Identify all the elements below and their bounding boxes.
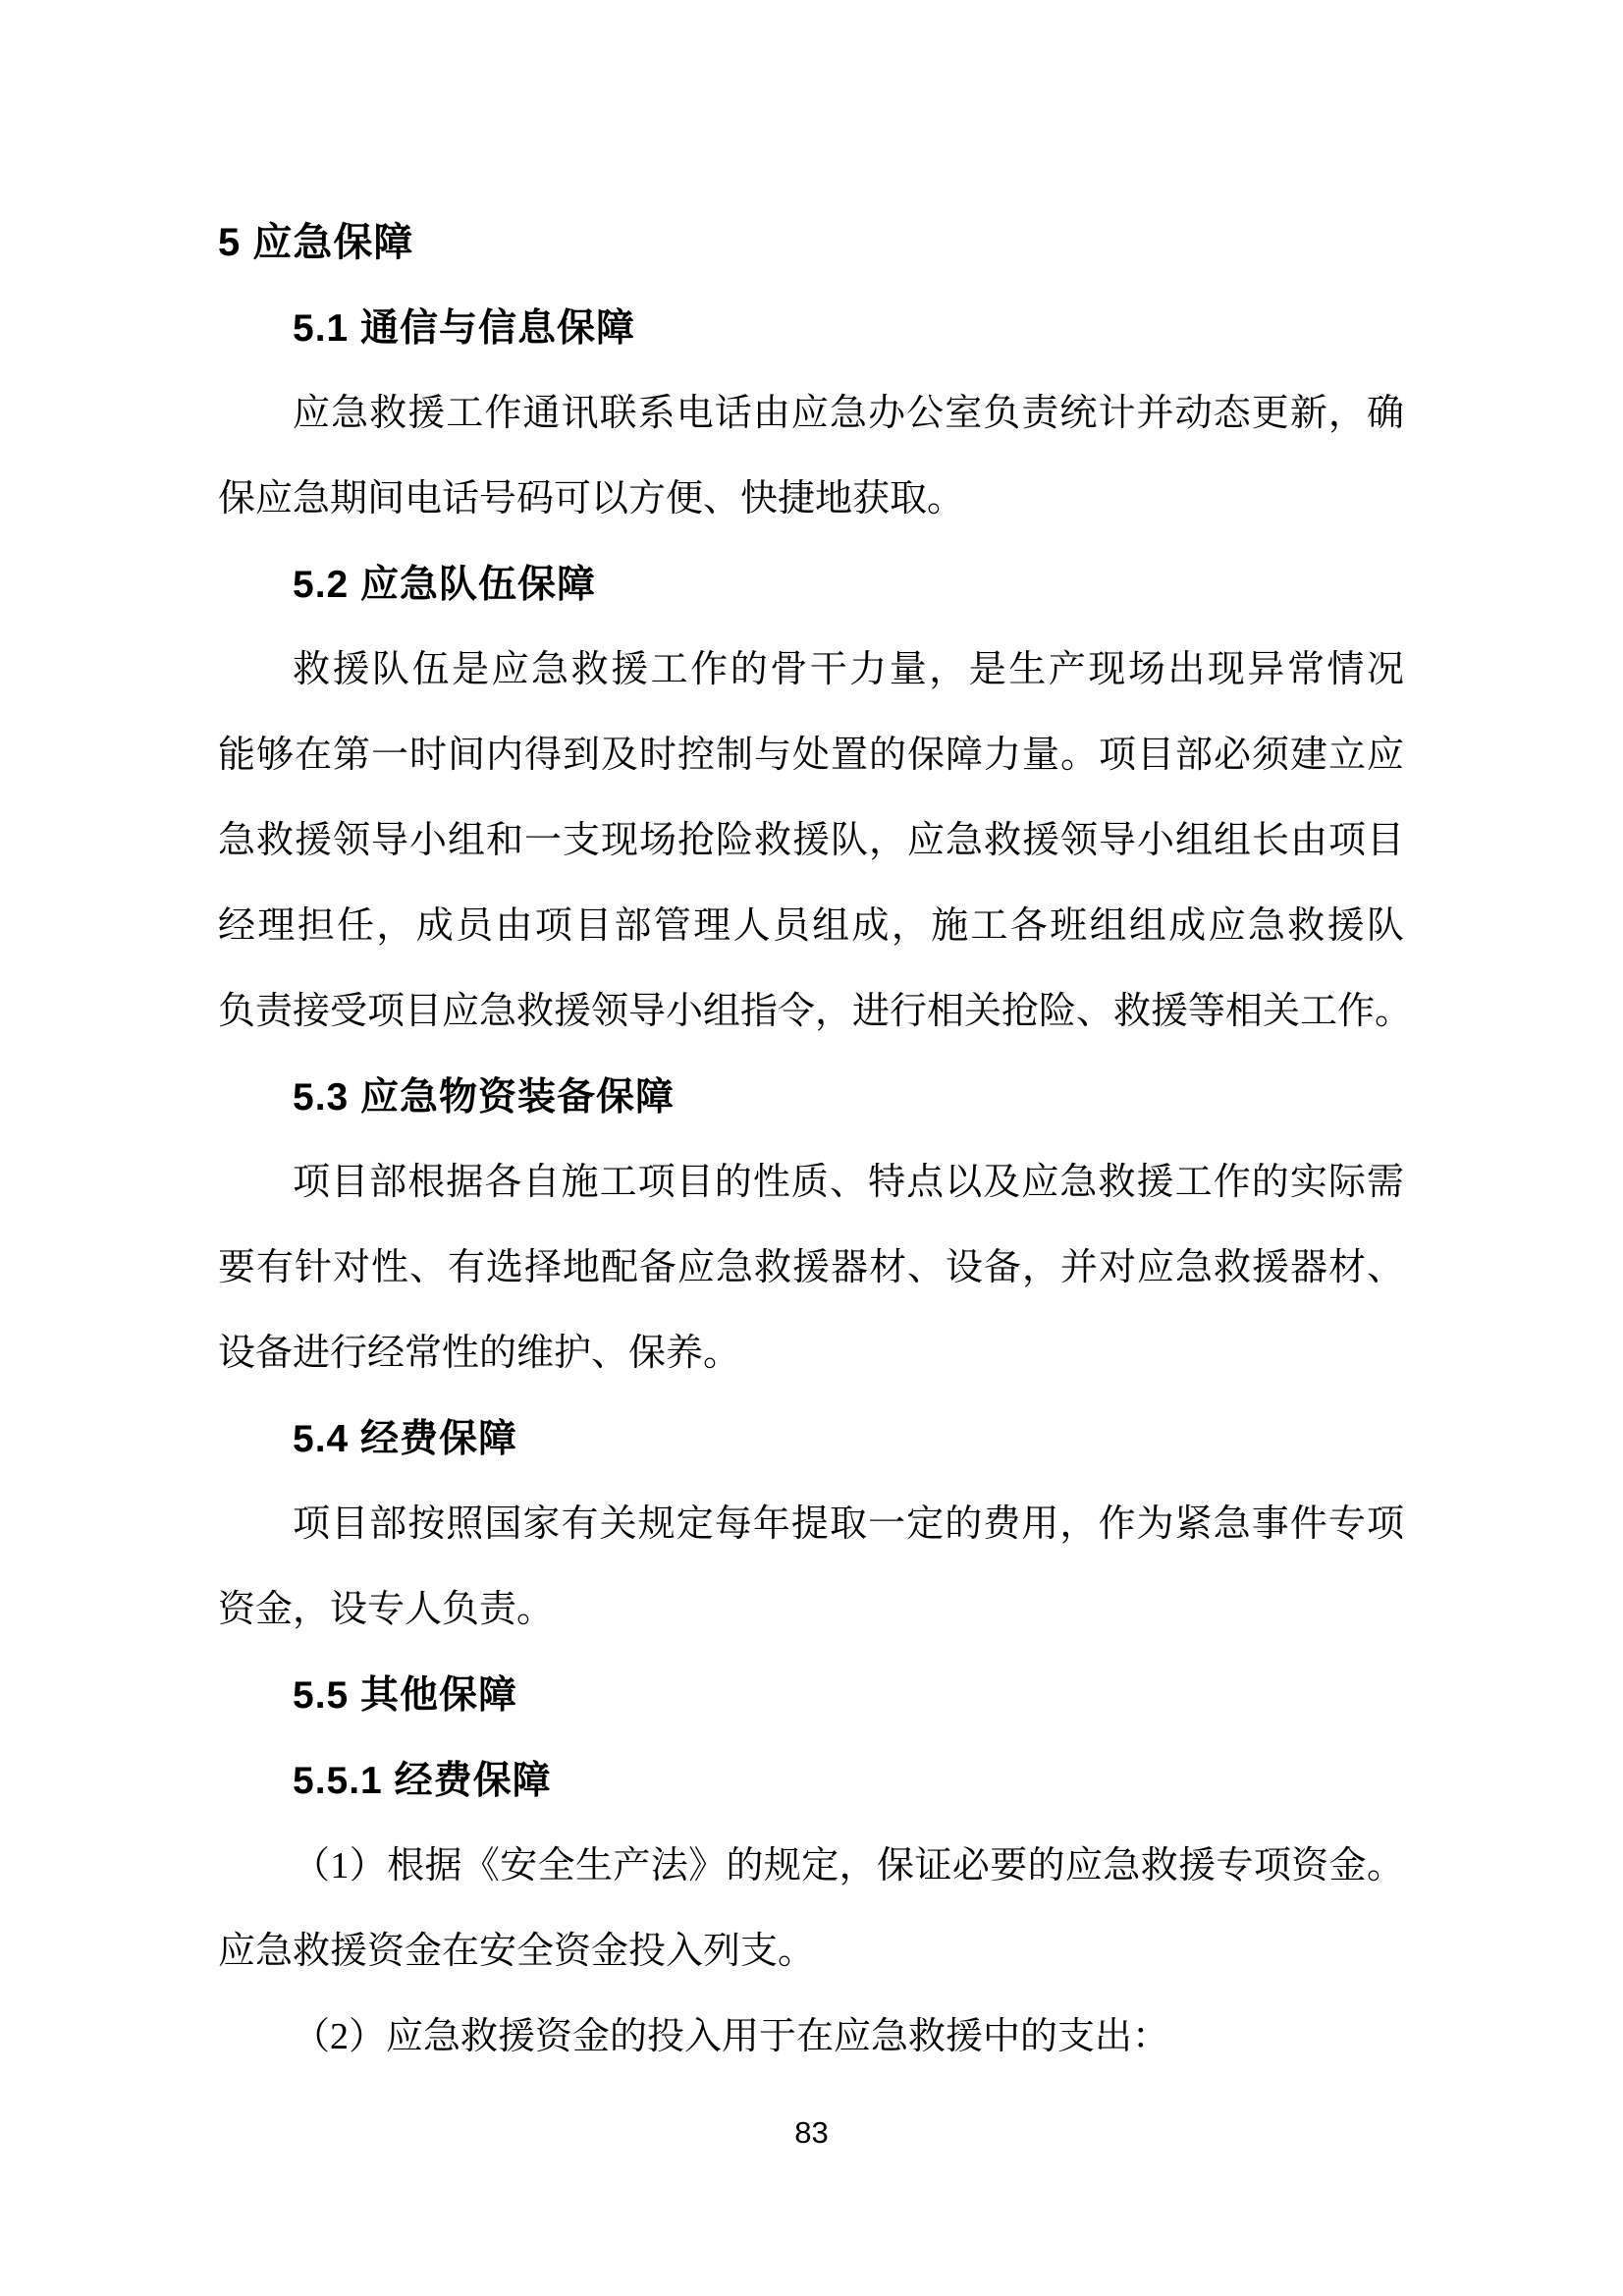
section-5-3-heading: 5.3 应急物资装备保障 — [218, 1055, 1404, 1140]
paragraph-line: 急救援领导小组和一支现场抢险救援队，应急救援领导小组组长由项目 — [218, 798, 1404, 884]
chapter-heading: 5 应急保障 — [218, 200, 1404, 286]
paragraph-line: 负责接受项目应急救援领导小组指令，进行相关抢险、救援等相关工作。 — [218, 969, 1404, 1055]
paragraph-line: 应急救援工作通讯联系电话由应急办公室负责统计并动态更新，确 — [218, 371, 1404, 457]
section-5-5-heading: 5.5 其他保障 — [218, 1653, 1404, 1738]
paragraph-line: 资金，设专人负责。 — [218, 1567, 1404, 1653]
paragraph-line: （1）根据《安全生产法》的规定，保证必要的应急救援专项资金。 — [218, 1824, 1404, 1909]
document-page: 5 应急保障 5.1 通信与信息保障 应急救援工作通讯联系电话由应急办公室负责统… — [0, 0, 1623, 2296]
section-5-4-heading: 5.4 经费保障 — [218, 1396, 1404, 1482]
paragraph-line: 能够在第一时间内得到及时控制与处置的保障力量。项目部必须建立应 — [218, 713, 1404, 798]
section-5-1-heading: 5.1 通信与信息保障 — [218, 286, 1404, 371]
document-body: 5 应急保障 5.1 通信与信息保障 应急救援工作通讯联系电话由应急办公室负责统… — [218, 200, 1404, 2080]
section-5-5-1-heading: 5.5.1 经费保障 — [218, 1738, 1404, 1824]
paragraph-line: 要有针对性、有选择地配备应急救援器材、设备，并对应急救援器材、 — [218, 1226, 1404, 1311]
paragraph-line: 应急救援资金在安全资金投入列支。 — [218, 1909, 1404, 1995]
paragraph-line: （2）应急救援资金的投入用于在应急救援中的支出： — [218, 1995, 1404, 2080]
section-5-2-heading: 5.2 应急队伍保障 — [218, 542, 1404, 628]
paragraph-line: 保应急期间电话号码可以方便、快捷地获取。 — [218, 457, 1404, 542]
paragraph-line: 设备进行经常性的维护、保养。 — [218, 1311, 1404, 1396]
paragraph-line: 项目部根据各自施工项目的性质、特点以及应急救援工作的实际需 — [218, 1140, 1404, 1226]
paragraph-line: 项目部按照国家有关规定每年提取一定的费用，作为紧急事件专项 — [218, 1482, 1404, 1567]
paragraph-line: 救援队伍是应急救援工作的骨干力量，是生产现场出现异常情况时， — [218, 628, 1404, 713]
page-number-label: 83 — [0, 2111, 1623, 2155]
paragraph-line: 经理担任，成员由项目部管理人员组成，施工各班组组成应急救援队伍， — [218, 884, 1404, 969]
